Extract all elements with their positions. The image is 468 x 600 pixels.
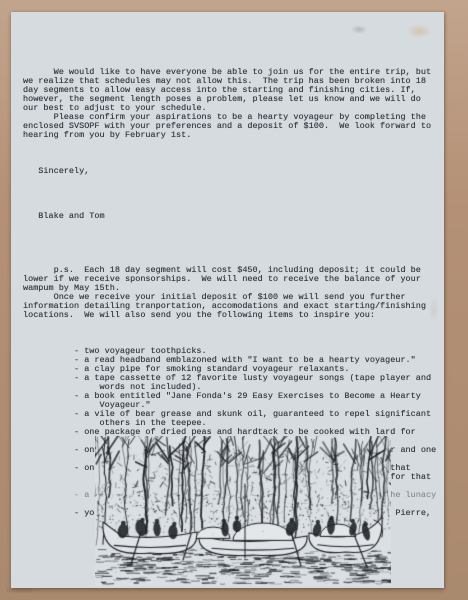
signature: Blake and Tom xyxy=(23,212,443,221)
paper-stain xyxy=(406,24,432,38)
opening-paragraphs: We would like to have everyone be able t… xyxy=(23,68,443,140)
voyageur-canoes-print xyxy=(95,436,391,586)
postscript-paragraphs: p.s. Each 18 day segment will cost $450,… xyxy=(23,266,443,320)
letter-paper: We would like to have everyone be able t… xyxy=(11,12,444,588)
closing: Sincerely, xyxy=(23,167,443,176)
paper-stain xyxy=(351,25,367,34)
mat-mark xyxy=(7,589,33,592)
mat-background: We would like to have everyone be able t… xyxy=(0,0,468,600)
